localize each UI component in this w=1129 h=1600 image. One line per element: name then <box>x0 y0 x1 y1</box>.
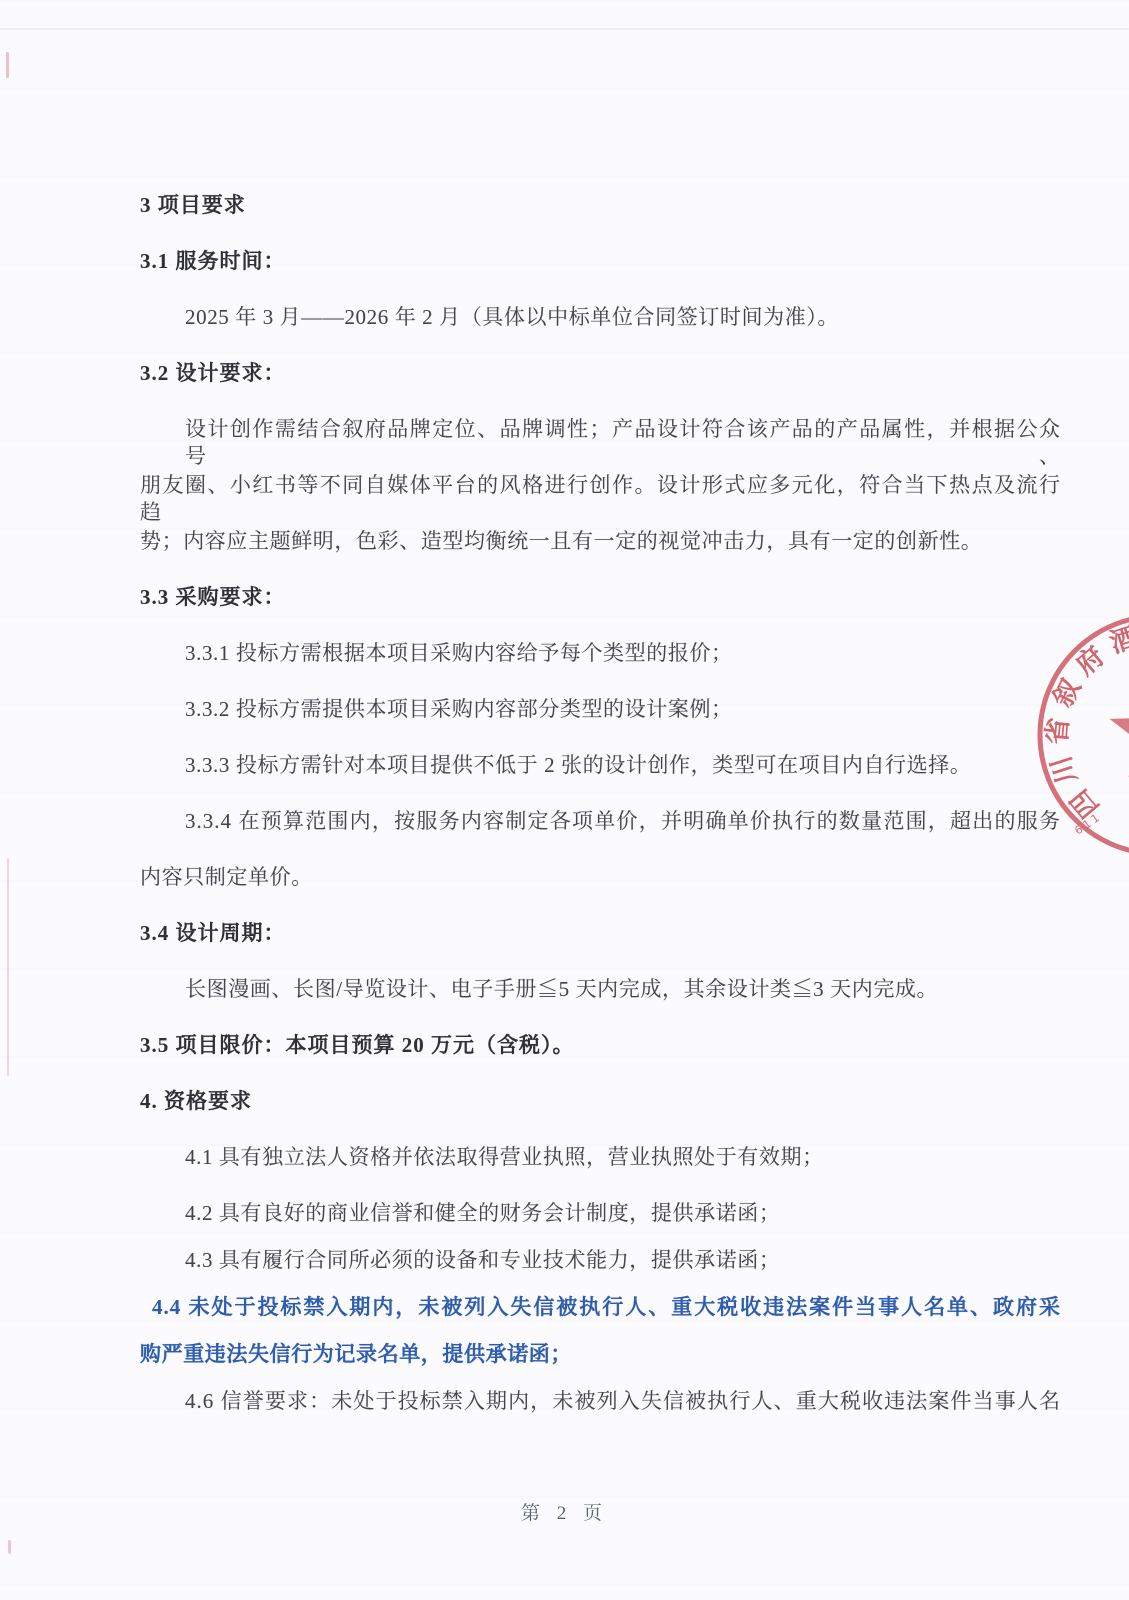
document-line: 3.3.2 投标方需提供本项目采购内容部分类型的设计案例； <box>140 696 1061 752</box>
document-line: 3.5 项目限价：本项目预算 20 万元（含税）。 <box>140 1032 1061 1088</box>
document-line: 3.4 设计周期： <box>140 920 1061 976</box>
scan-artifact <box>8 1540 11 1554</box>
page-footer: 第 2 页 <box>0 1498 1129 1525</box>
document-line: 朋友圈、小红书等不同自媒体平台的风格进行创作。设计形式应多元化，符合当下热点及流… <box>140 472 1061 528</box>
document-line: 设计创作需结合叙府品牌定位、品牌调性；产品设计符合该产品的产品属性，并根据公众号… <box>140 416 1061 472</box>
scan-artifact <box>0 28 1129 30</box>
document-line: 4. 资格要求 <box>140 1088 1061 1144</box>
document-page: 3 项目要求3.1 服务时间：2025 年 3 月——2026 年 2 月（具体… <box>0 0 1129 1600</box>
document-line: 4.3 具有履行合同所必须的设备和专业技术能力，提供承诺函； <box>140 1247 1061 1294</box>
scan-artifact <box>7 858 9 1076</box>
document-line: 内容只制定单价。 <box>140 864 1061 920</box>
document-line: 3.3.3 投标方需针对本项目提供不低于 2 张的设计创作，类型可在项目内自行选… <box>140 752 1061 808</box>
document-line: 4.1 具有独立法人资格并依法取得营业执照，营业执照处于有效期； <box>140 1144 1061 1200</box>
document-line: 3.3.4 在预算范围内，按服务内容制定各项单价，并明确单价执行的数量范围，超出… <box>140 808 1061 864</box>
document-line: 3.3 采购要求： <box>140 584 1061 640</box>
document-line: 2025 年 3 月——2026 年 2 月（具体以中标单位合同签订时间为准）。 <box>140 304 1061 360</box>
document-line: 3.2 设计要求： <box>140 360 1061 416</box>
document-line: 4.6 信誉要求：未处于投标禁入期内，未被列入失信被执行人、重大税收违法案件当事… <box>140 1388 1061 1444</box>
document-line: 4.2 具有良好的商业信誉和健全的财务会计制度，提供承诺函； <box>140 1200 1061 1247</box>
document-line: 购严重违法失信行为记录名单，提供承诺函； <box>140 1341 1061 1388</box>
scan-artifact <box>6 52 9 78</box>
document-line: 3.1 服务时间： <box>140 248 1061 304</box>
document-line: 势；内容应主题鲜明，色彩、造型均衡统一且有一定的视觉冲击力，具有一定的创新性。 <box>140 528 1061 584</box>
document-line: 4.4 未处于投标禁入期内，未被列入失信被执行人、重大税收违法案件当事人名单、政… <box>140 1294 1061 1341</box>
document-body: 3 项目要求3.1 服务时间：2025 年 3 月——2026 年 2 月（具体… <box>0 0 1129 1444</box>
document-line: 长图漫画、长图/导览设计、电子手册≦5 天内完成，其余设计类≦3 天内完成。 <box>140 976 1061 1032</box>
page-number-label: 第 2 页 <box>521 1503 608 1524</box>
document-line: 3 项目要求 <box>140 192 1061 248</box>
document-line: 3.3.1 投标方需根据本项目采购内容给予每个类型的报价； <box>140 640 1061 696</box>
